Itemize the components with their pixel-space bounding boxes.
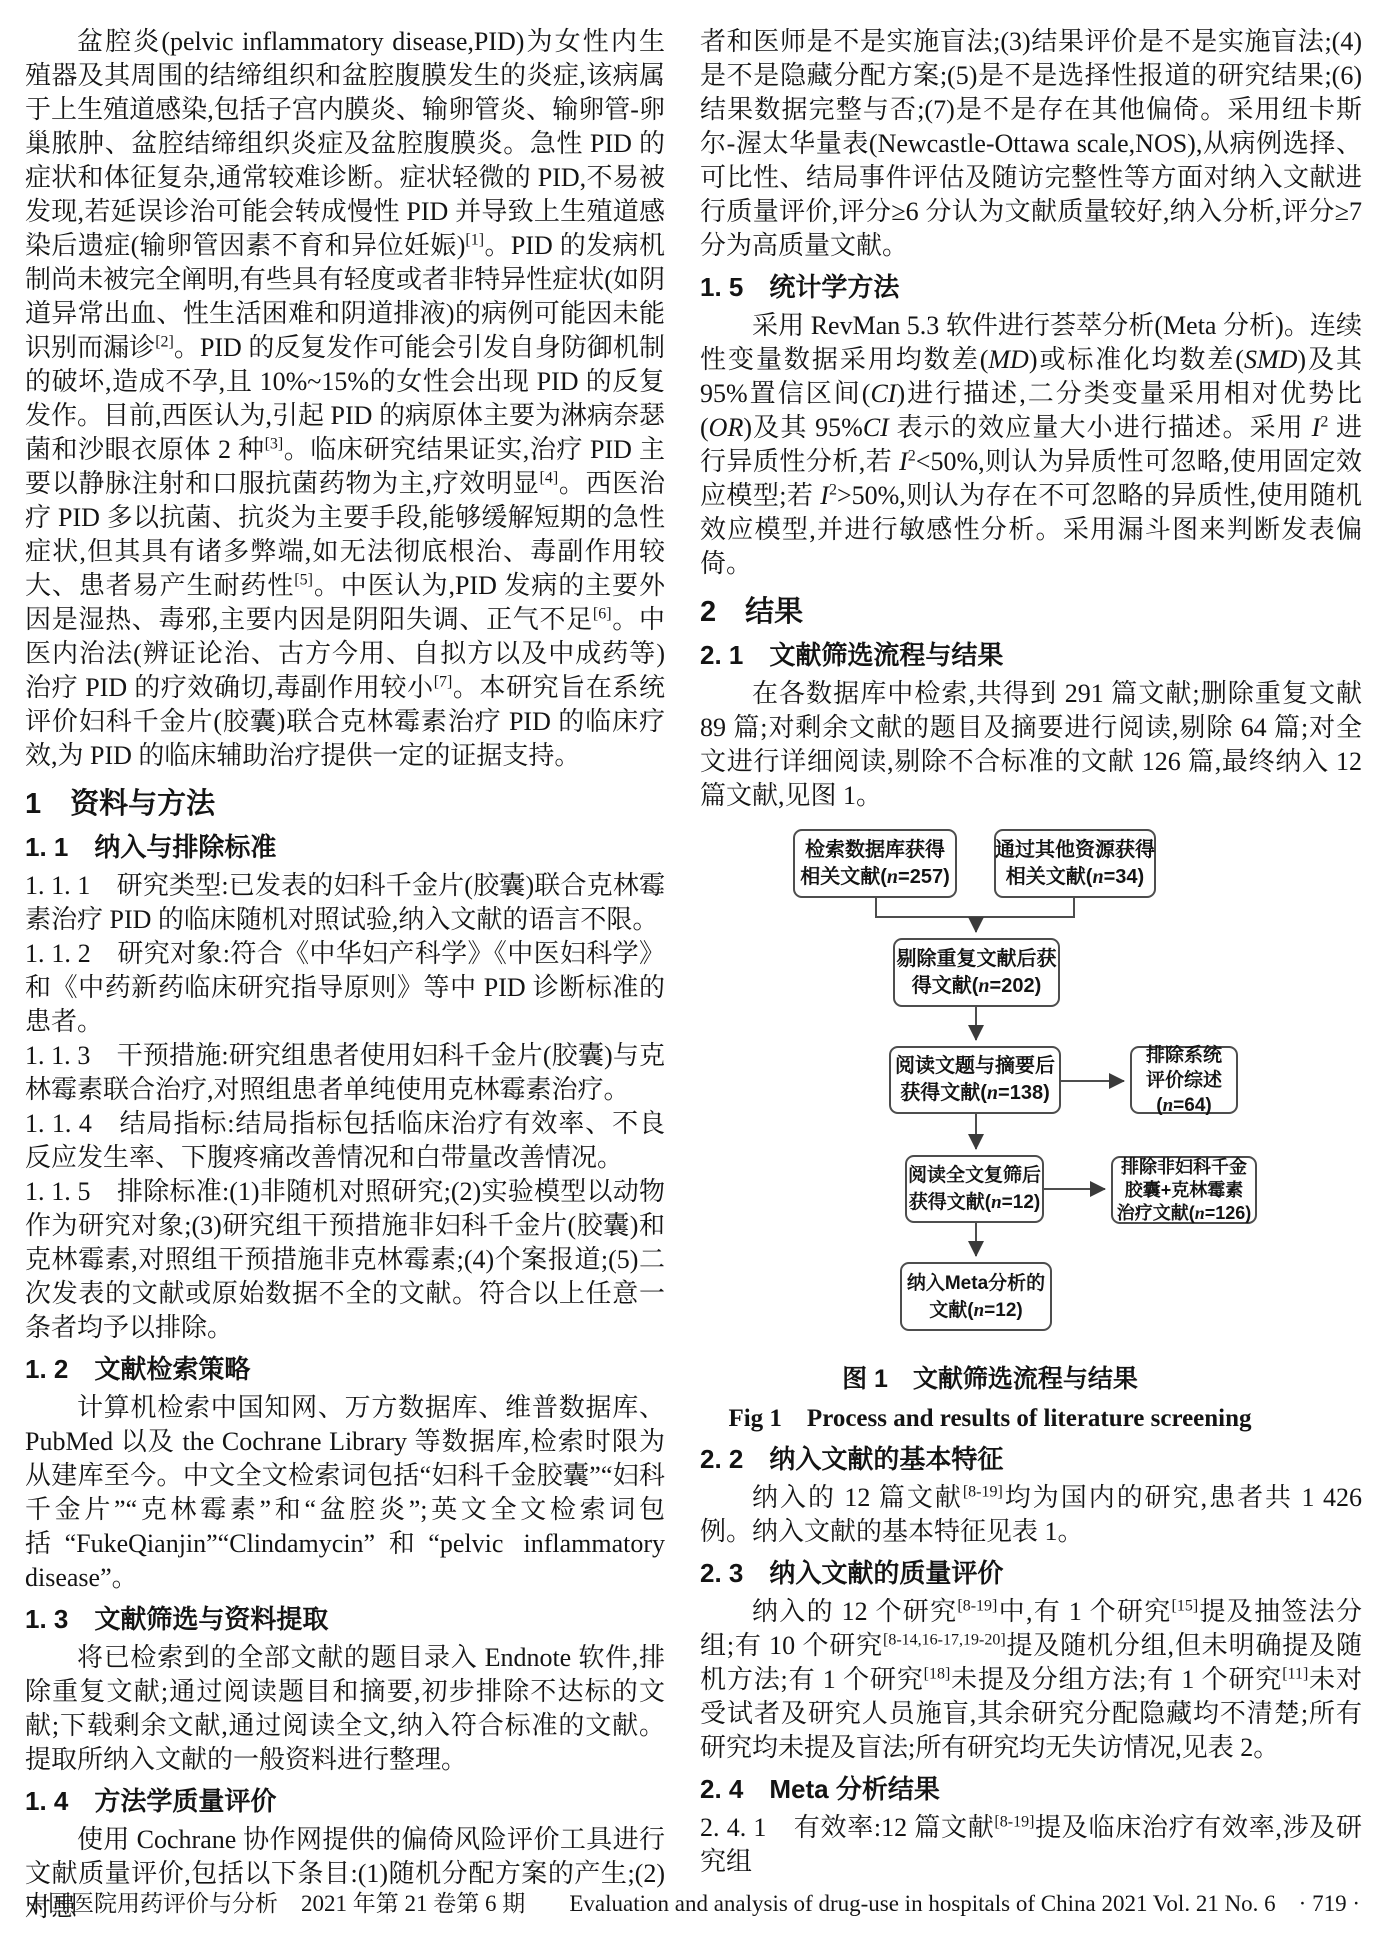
section-1-4-heading: 1. 4 方法学质量评价	[25, 1784, 665, 1818]
paragraph-1-2: 计算机检索中国知网、万方数据库、维普数据库、PubMed 以及 the Coch…	[25, 1391, 665, 1595]
literature-screening-flowchart: 检索数据库获得 相关文献(n=257) 通过其他资源获得 相关文献(n=34) …	[770, 819, 1260, 1351]
paragraph-2-4-1: 2. 4. 1 有效率:12 篇文献[8-19]提及临床治疗有效率,涉及研究组	[700, 1811, 1362, 1879]
paragraph-1-5: 采用 RevMan 5.3 软件进行荟萃分析(Meta 分析)。连续性变量数据采…	[700, 309, 1362, 581]
footer-journal-zh: 中国医院用药评价与分析 2021 年第 21 卷第 6 期	[25, 1889, 525, 1919]
paragraph-1-1-1: 1. 1. 1 研究类型:已发表的妇科千金片(胶囊)联合克林霉素治疗 PID 的…	[25, 869, 665, 937]
paragraph-1-1-3: 1. 1. 3 干预措施:研究组患者使用妇科千金片(胶囊)与克林霉素联合治疗,对…	[25, 1039, 665, 1107]
section-1-2-heading: 1. 2 文献检索策略	[25, 1352, 665, 1386]
paragraph-1-4-continued: 者和医师是不是实施盲法;(3)结果评价是不是实施盲法;(4)是不是隐藏分配方案;…	[700, 25, 1362, 263]
section-1-heading: 1 资料与方法	[25, 785, 665, 823]
flow-node-other-sources: 通过其他资源获得 相关文献(n=34)	[994, 829, 1156, 898]
footer-journal-en: Evaluation and analysis of drug-use in h…	[569, 1889, 1360, 1919]
section-1-3-heading: 1. 3 文献筛选与资料提取	[25, 1602, 665, 1636]
section-2-4-heading: 2. 4 Meta 分析结果	[700, 1772, 1362, 1806]
flow-node-database-search: 检索数据库获得 相关文献(n=257)	[793, 829, 957, 898]
figure1-caption-en: Fig 1 Process and results of literature …	[700, 1403, 1280, 1435]
paper-page: 盆腔炎(pelvic inflammatory disease,PID)为女性内…	[0, 0, 1375, 1940]
flow-node-excluded-systematic-reviews: 排除系统 评价综述 (n=64)	[1130, 1046, 1238, 1114]
intro-paragraph: 盆腔炎(pelvic inflammatory disease,PID)为女性内…	[25, 25, 665, 773]
paragraph-1-3: 将已检索到的全部文献的题目录入 Endnote 软件,排除重复文献;通过阅读题目…	[25, 1641, 665, 1777]
flow-node-after-dedup: 剔除重复文献后获 得文献(n=202)	[893, 938, 1060, 1007]
section-1-5-heading: 1. 5 统计学方法	[700, 270, 1362, 304]
section-1-1-heading: 1. 1 纳入与排除标准	[25, 830, 665, 864]
left-column: 盆腔炎(pelvic inflammatory disease,PID)为女性内…	[25, 25, 665, 1925]
section-2-1-heading: 2. 1 文献筛选流程与结果	[700, 638, 1362, 672]
section-2-heading: 2 结果	[700, 593, 1362, 631]
paragraph-2-2: 纳入的 12 篇文献[8-19]均为国内的研究,患者共 1 426 例。纳入文献…	[700, 1481, 1362, 1549]
flow-node-included-meta: 纳入Meta分析的 文献(n=12)	[900, 1262, 1052, 1331]
page-footer: 中国医院用药评价与分析 2021 年第 21 卷第 6 期 Evaluation…	[25, 1889, 1360, 1919]
figure1-caption-zh: 图 1 文献筛选流程与结果	[700, 1363, 1280, 1395]
right-column: 者和医师是不是实施盲法;(3)结果评价是不是实施盲法;(4)是不是隐藏分配方案;…	[700, 25, 1362, 1879]
flow-node-excluded-nonmatching-treatment: 排除非妇科千金 胶囊+克林霉素 治疗文献(n=126)	[1111, 1156, 1257, 1224]
paragraph-1-1-4: 1. 1. 4 结局指标:结局指标包括临床治疗有效率、不良反应发生率、下腹疼痛改…	[25, 1107, 665, 1175]
flow-node-title-abstract: 阅读文题与摘要后 获得文献(n=138)	[889, 1046, 1061, 1114]
paragraph-1-1-5: 1. 1. 5 排除标准:(1)非随机对照研究;(2)实验模型以动物作为研究对象…	[25, 1175, 665, 1345]
section-2-3-heading: 2. 3 纳入文献的质量评价	[700, 1556, 1362, 1590]
flow-node-fulltext-screen: 阅读全文复筛后 获得文献(n=12)	[905, 1155, 1044, 1223]
paragraph-2-3: 纳入的 12 个研究[8-19]中,有 1 个研究[15]提及抽签法分组;有 1…	[700, 1595, 1362, 1765]
paragraph-2-1: 在各数据库中检索,共得到 291 篇文献;删除重复文献 89 篇;对剩余文献的题…	[700, 677, 1362, 813]
paragraph-1-1-2: 1. 1. 2 研究对象:符合《中华妇产科学》《中医妇科学》和《中药新药临床研究…	[25, 937, 665, 1039]
section-2-2-heading: 2. 2 纳入文献的基本特征	[700, 1442, 1362, 1476]
